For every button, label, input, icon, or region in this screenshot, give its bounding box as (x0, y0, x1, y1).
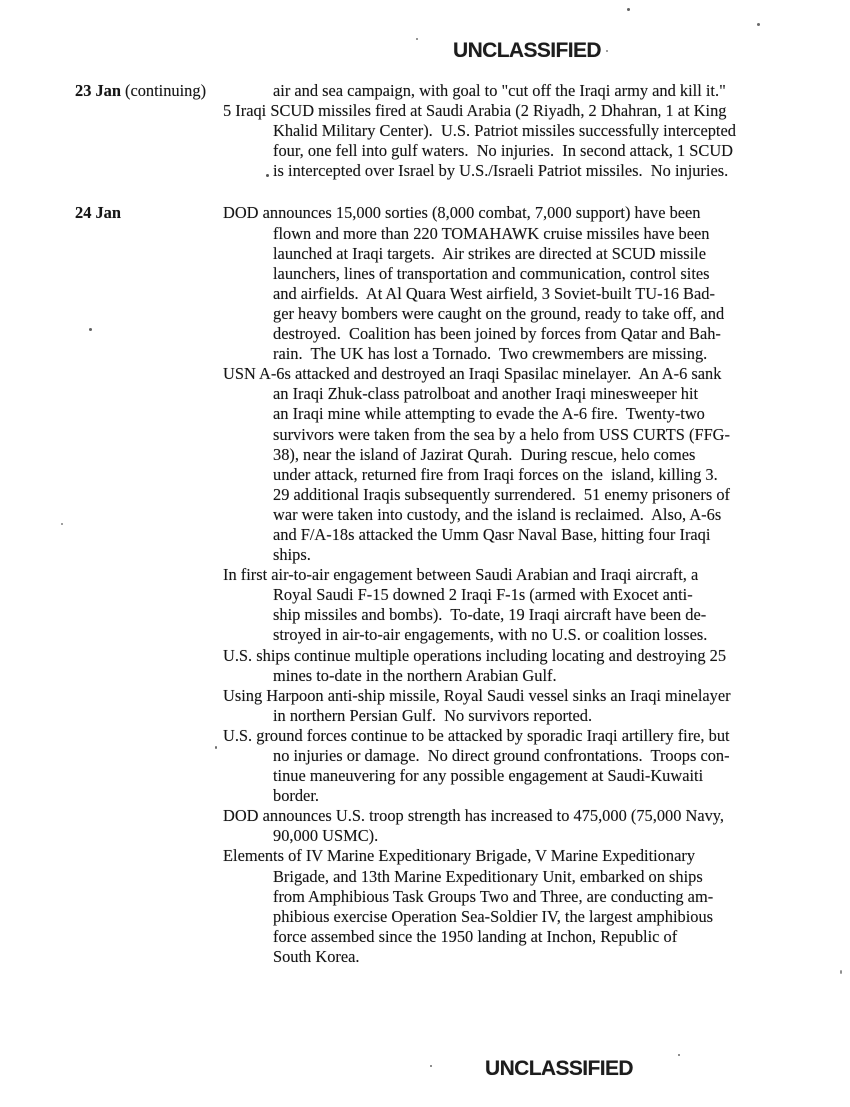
text-line: 90,000 USMC). (223, 826, 815, 846)
entry-date-label: 24 Jan (75, 203, 121, 222)
classification-footer: UNCLASSIFIED (485, 1058, 633, 1080)
entry-paragraph: Using Harpoon anti-ship missile, Royal S… (223, 686, 815, 726)
text-line: 38), near the island of Jazirat Qurah. D… (223, 445, 815, 465)
text-line: Royal Saudi F-15 downed 2 Iraqi F-1s (ar… (223, 585, 815, 605)
text-line: ship missiles and bombs). To-date, 19 Ir… (223, 605, 815, 625)
classification-header: UNCLASSIFIED (453, 40, 601, 62)
text-line: destroyed. Coalition has been joined by … (223, 324, 815, 344)
text-line: 5 Iraqi SCUD missiles fired at Saudi Ara… (223, 101, 815, 121)
text-line: ger heavy bombers were caught on the gro… (223, 304, 815, 324)
text-line: ships. (223, 545, 815, 565)
text-line: an Iraqi Zhuk-class patrolboat and anoth… (223, 384, 815, 404)
text-line: Using Harpoon anti-ship missile, Royal S… (223, 686, 815, 706)
scan-artifact-dot (757, 23, 760, 26)
text-line: flown and more than 220 TOMAHAWK cruise … (223, 224, 815, 244)
text-line: air and sea campaign, with goal to "cut … (223, 81, 815, 101)
text-line: South Korea. (223, 947, 815, 967)
document-page: UNCLASSIFIED 23 Jan(continuing)air and s… (0, 0, 850, 1107)
scan-artifact-dot (416, 38, 418, 40)
text-line: force assembed since the 1950 landing at… (223, 927, 815, 947)
text-line: under attack, returned fire from Iraqi f… (223, 465, 815, 485)
text-line: DOD announces 15,000 sorties (8,000 comb… (223, 203, 815, 223)
entry-content: air and sea campaign, with goal to "cut … (223, 81, 815, 181)
entry-paragraph: Elements of IV Marine Expeditionary Brig… (223, 846, 815, 967)
text-line: USN A-6s attacked and destroyed an Iraqi… (223, 364, 815, 384)
chronology: 23 Jan(continuing)air and sea campaign, … (75, 81, 815, 967)
entry-paragraph: In first air-to-air engagement between S… (223, 565, 815, 645)
text-line: phibious exercise Operation Sea-Soldier … (223, 907, 815, 927)
text-line: an Iraqi mine while attempting to evade … (223, 404, 815, 424)
entry-paragraph: 5 Iraqi SCUD missiles fired at Saudi Ara… (223, 101, 815, 181)
text-line: war were taken into custody, and the isl… (223, 505, 815, 525)
entry-date-label: 23 Jan (75, 81, 121, 100)
entry-content: DOD announces 15,000 sorties (8,000 comb… (223, 203, 815, 967)
entry-paragraph: DOD announces 15,000 sorties (8,000 comb… (223, 203, 815, 364)
scan-artifact-dot (606, 50, 608, 52)
text-line: DOD announces U.S. troop strength has in… (223, 806, 815, 826)
text-line: rain. The UK has lost a Tornado. Two cre… (223, 344, 815, 364)
text-line: Brigade, and 13th Marine Expeditionary U… (223, 867, 815, 887)
entry-paragraph: U.S. ships continue multiple operations … (223, 646, 815, 686)
text-line: and F/A-18s attacked the Umm Qasr Naval … (223, 525, 815, 545)
chronology-entry: 23 Jan(continuing)air and sea campaign, … (75, 81, 815, 181)
scan-artifact-dot (627, 8, 630, 11)
entry-paragraph: USN A-6s attacked and destroyed an Iraqi… (223, 364, 815, 565)
text-line: from Amphibious Task Groups Two and Thre… (223, 887, 815, 907)
scan-artifact-dot (266, 174, 269, 177)
scan-artifact-dot (678, 1054, 680, 1056)
entry-paragraph: air and sea campaign, with goal to "cut … (223, 81, 815, 101)
scan-artifact-dot (430, 1065, 432, 1067)
text-line: survivors were taken from the sea by a h… (223, 425, 815, 445)
text-line: U.S. ground forces continue to be attack… (223, 726, 815, 746)
entry-date-note: (continuing) (125, 81, 206, 100)
scan-artifact-dot (61, 523, 63, 525)
text-line: in northern Persian Gulf. No survivors r… (223, 706, 815, 726)
entry-date: 23 Jan(continuing) (75, 81, 223, 101)
text-line: Elements of IV Marine Expeditionary Brig… (223, 846, 815, 866)
chronology-entry: 24 JanDOD announces 15,000 sorties (8,00… (75, 203, 815, 967)
scan-artifact-dot (840, 970, 842, 974)
text-line: Khalid Military Center). U.S. Patriot mi… (223, 121, 815, 141)
entry-paragraph: DOD announces U.S. troop strength has in… (223, 806, 815, 846)
text-line: is intercepted over Israel by U.S./Israe… (223, 161, 815, 181)
text-line: mines to-date in the northern Arabian Gu… (223, 666, 815, 686)
entry-paragraph: U.S. ground forces continue to be attack… (223, 726, 815, 806)
text-line: four, one fell into gulf waters. No inju… (223, 141, 815, 161)
text-line: stroyed in air-to-air engagements, with … (223, 625, 815, 645)
text-line: border. (223, 786, 815, 806)
text-line: launched at Iraqi targets. Air strikes a… (223, 244, 815, 264)
text-line: and airfields. At Al Quara West airfield… (223, 284, 815, 304)
text-line: no injuries or damage. No direct ground … (223, 746, 815, 766)
scan-artifact-dot (89, 328, 92, 331)
text-line: 29 additional Iraqis subsequently surren… (223, 485, 815, 505)
text-line: launchers, lines of transportation and c… (223, 264, 815, 284)
text-line: In first air-to-air engagement between S… (223, 565, 815, 585)
entry-date: 24 Jan (75, 203, 223, 223)
scan-artifact-dot (215, 746, 217, 749)
text-line: tinue maneuvering for any possible engag… (223, 766, 815, 786)
text-line: U.S. ships continue multiple operations … (223, 646, 815, 666)
